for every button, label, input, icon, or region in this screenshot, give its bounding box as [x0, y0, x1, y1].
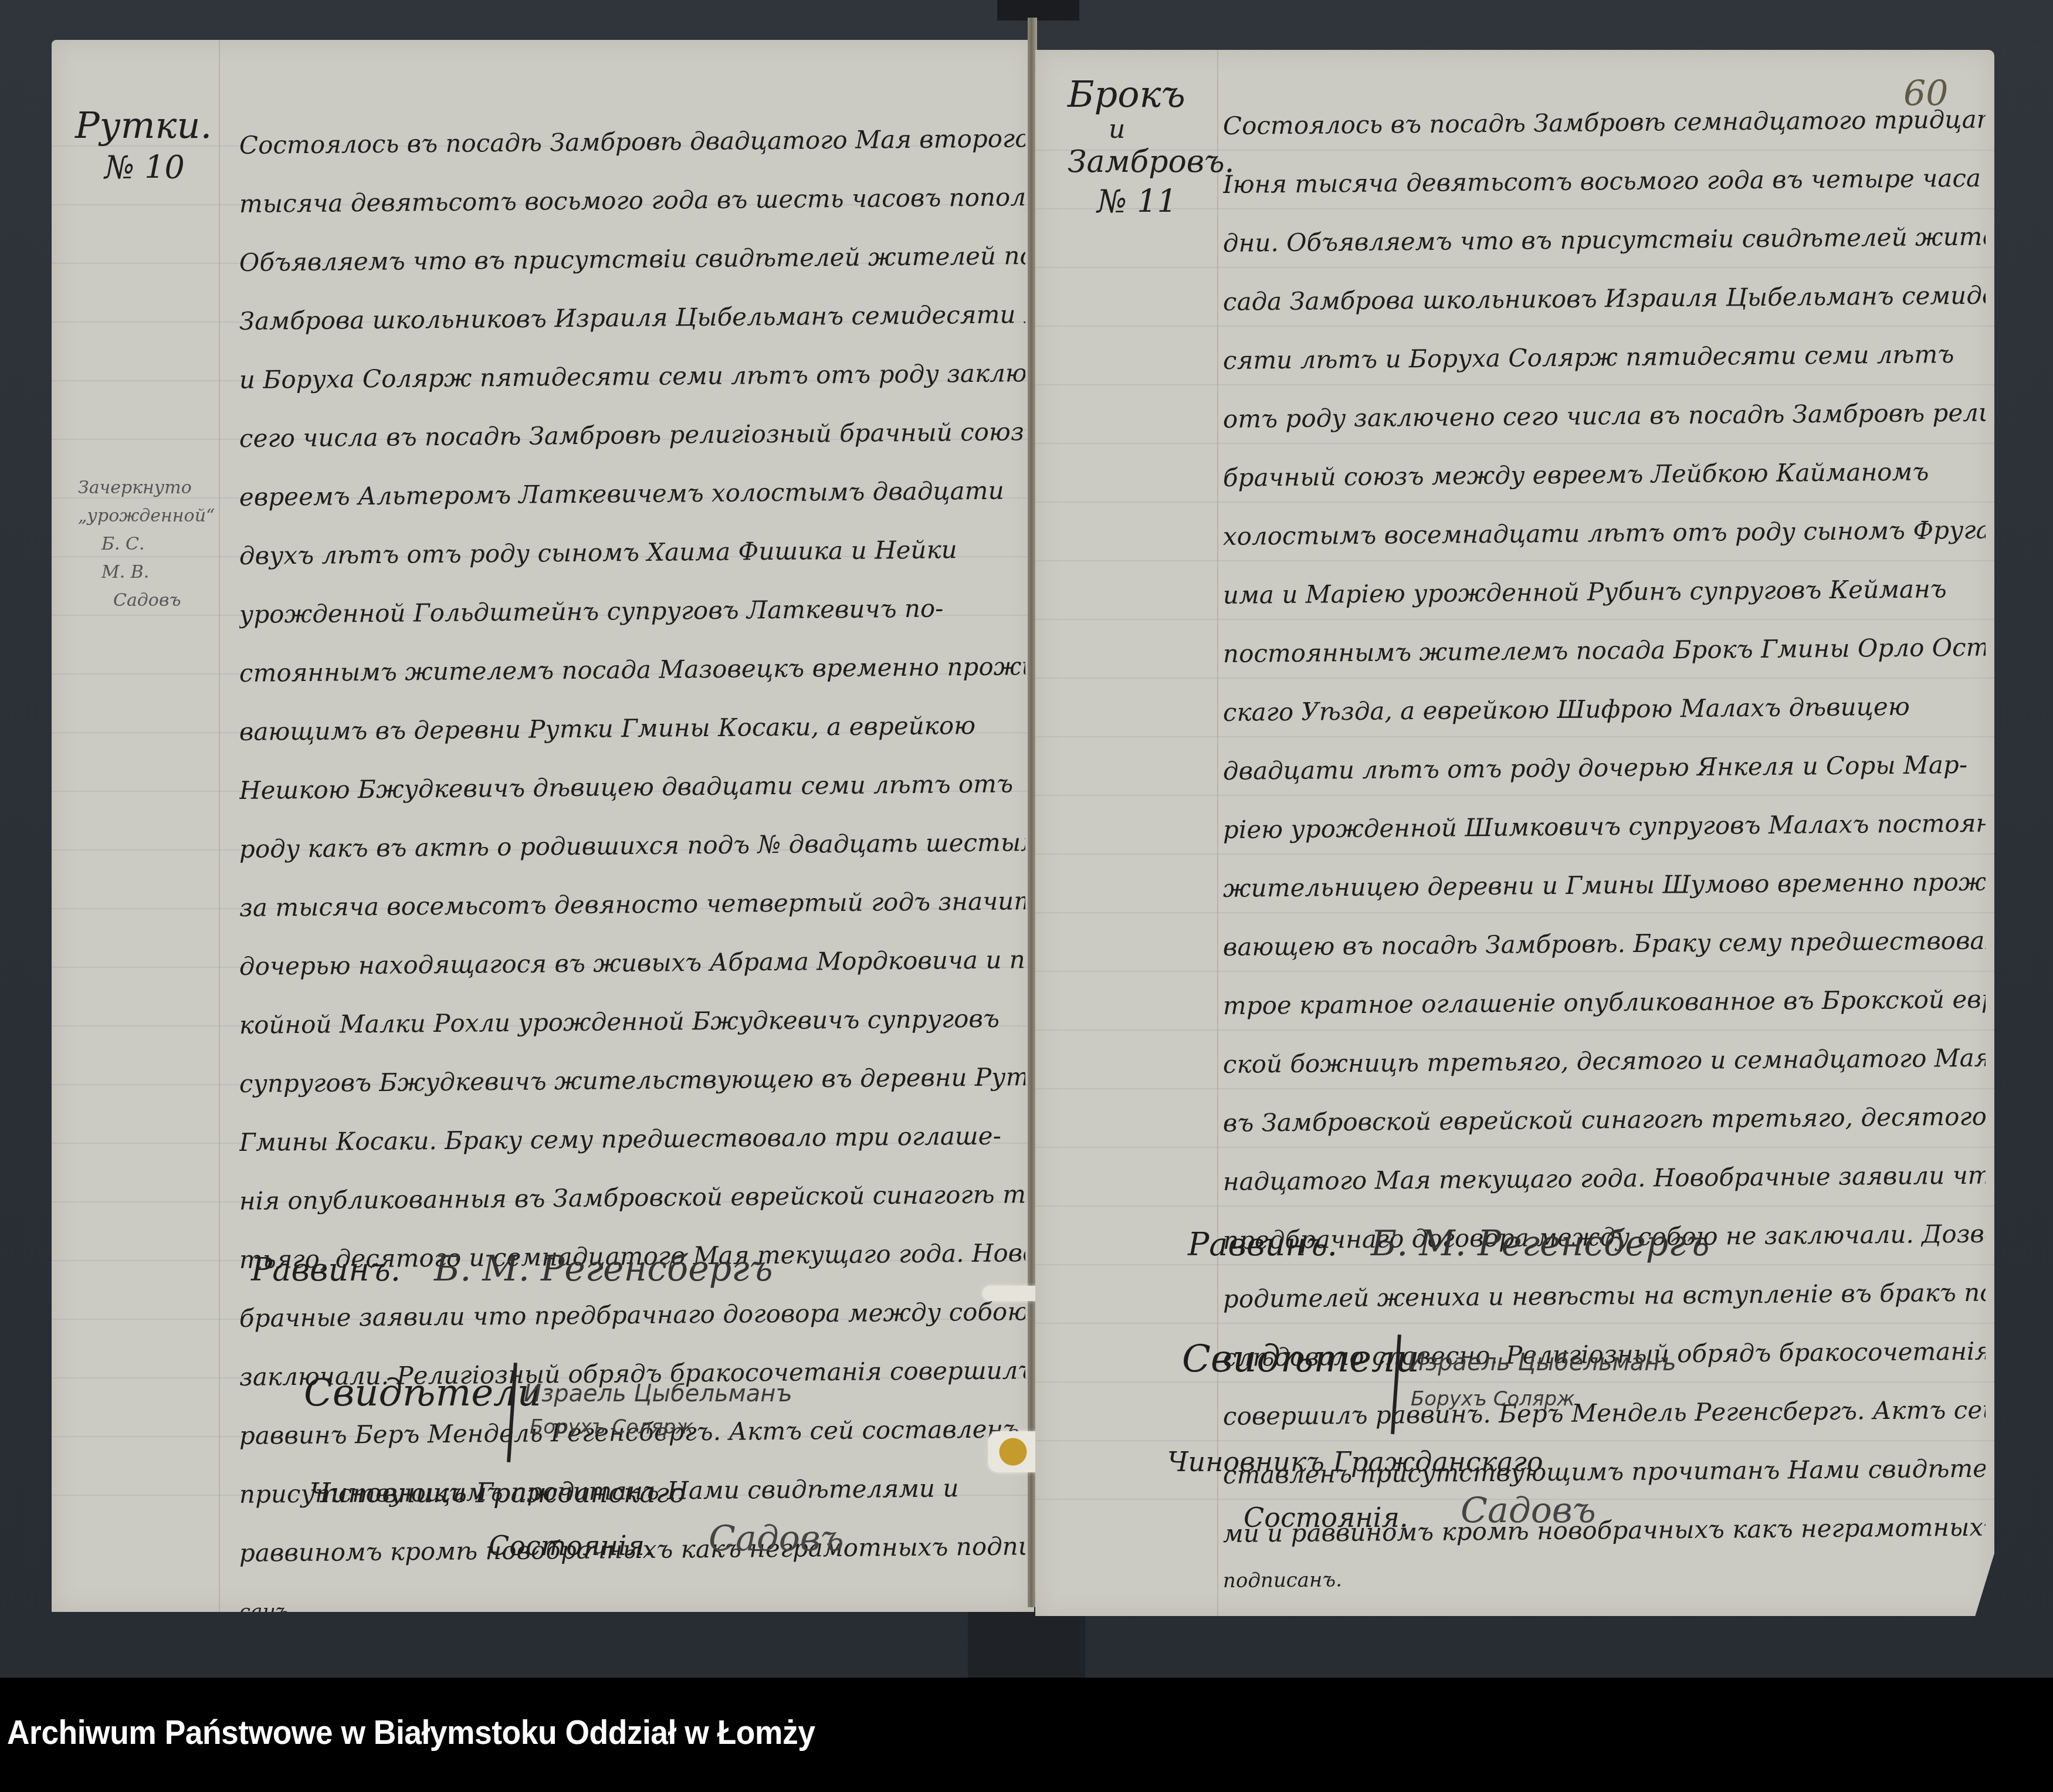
right-page: 60 Брокъ и Замбровъ. № 11 Состоялось въ … [1035, 50, 1994, 1616]
witness-signatures: Свидѣтели Израель Цыбельманъ Борухъ Соля… [1035, 50, 1994, 1616]
official-title-line2: Состоянія. [1244, 1502, 1408, 1533]
left-page: Рутки. № 10 Зачеркнуто „урожденной“ Б. С… [52, 40, 1034, 1612]
witness-2-signature: Борухъ Солярж [1411, 1387, 1575, 1411]
official-title-line1: Чиновникъ Гражданскаго [310, 1477, 686, 1509]
witness-signatures: Свидѣтели Израель Цыбельманъ Борухъ Соля… [52, 40, 1034, 1612]
witnesses-label: Свидѣтели [1182, 1337, 1420, 1381]
archive-footer-bar: Archiwum Państwowe w Białymstoku Oddział… [0, 1678, 2053, 1792]
official-title-line1: Чиновникъ Гражданскаго [1167, 1446, 1543, 1478]
witnesses-label: Свидѣтели [304, 1371, 541, 1415]
book-spine-top [997, 0, 1079, 21]
official-title-line2: Состоянія. [489, 1530, 653, 1561]
official-signature: Садовъ [1461, 1490, 1596, 1531]
witness-1-signature: Израель Цыбельманъ [1408, 1349, 1676, 1376]
archive-name: Archiwum Państwowe w Białymstoku Oddział… [7, 1713, 815, 1752]
official-signature: Садовъ [709, 1518, 844, 1559]
witness-2-signature: Борухъ Солярж [530, 1415, 694, 1439]
witness-1-signature: Израель Цыбельманъ [524, 1380, 792, 1407]
